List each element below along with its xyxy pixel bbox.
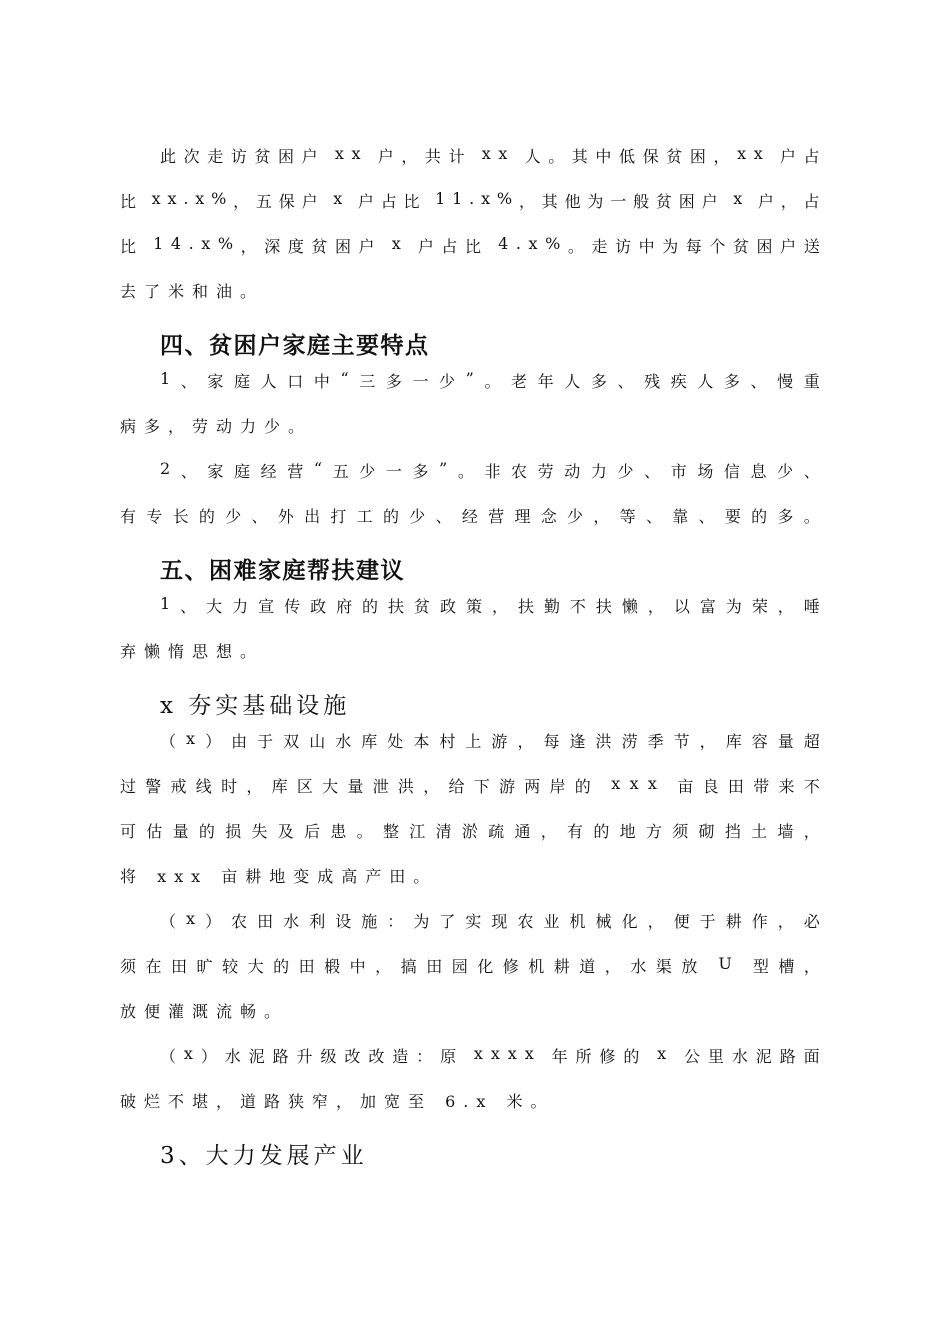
text-line: 放便灌溉流畅。 [120, 999, 820, 1044]
document-page: 此次走访贫困户 xx 户，共计 xx 人。其中低保贫困，xx 户占 比 xx.x… [0, 0, 950, 1344]
text-line: 有专长的少、外出打工的少、经营理念少，等、靠、要的多。 [120, 504, 820, 549]
text-line: 比 xx.x%，五保户 x 户占比 11.x%，其他为一般贫困户 x 户，占 [120, 189, 820, 234]
text-line: 过警戒线时，库区大量泄洪，给下游两岸的 xxx 亩良田带来不 [120, 774, 820, 819]
text-line: 弃懒惰思想。 [120, 639, 820, 684]
text-line: 可估量的损失及后患。整江清淤疏通，有的地方须砌挡土墙， [120, 819, 820, 864]
text-line: 比 14.x%，深度贫困户 x 户占比 4.x%。走访中为每个贫困户送 [120, 234, 820, 279]
text-line: 将 xxx 亩耕地变成高产田。 [120, 864, 820, 909]
text-line: 1、家庭人口中“三多一少”。老年人多、残疾人多、慢重 [160, 369, 820, 414]
text-line: 此次走访贫困户 xx 户，共计 xx 人。其中低保贫困，xx 户占 [160, 144, 820, 189]
paragraph-irrigation: （x）农田水利设施：为了实现农业机械化，便于耕作，必 须在田旷较大的田椴中，搞田… [120, 909, 822, 1044]
paragraph-reservoir: （x）由于双山水库处本村上游，每逢洪涝季节，库容量超 过警戒线时，库区大量泄洪，… [120, 729, 822, 909]
document-body: 此次走访贫困户 xx 户，共计 xx 人。其中低保贫困，xx 户占 比 xx.x… [120, 144, 822, 1179]
subheading-infrastructure: x 夯实基础设施 [120, 684, 822, 729]
paragraph-cement-road: （x）水泥路升级改改造：原 xxxx 年所修的 x 公里水泥路面 破烂不堪，道路… [120, 1044, 822, 1134]
text-line: （x）水泥路升级改改造：原 xxxx 年所修的 x 公里水泥路面 [160, 1044, 820, 1089]
text-line: 须在田旷较大的田椴中，搞田园化修机耕道，水渠放 U 型槽， [120, 954, 820, 999]
text-line: 破烂不堪，道路狭窄，加宽至 6.x 米。 [120, 1089, 820, 1134]
section-heading-household-characteristics: 四、贫困户家庭主要特点 [120, 324, 822, 369]
subheading-develop-industry: 3、大力发展产业 [120, 1134, 822, 1179]
text-line: （x）农田水利设施：为了实现农业机械化，便于耕作，必 [160, 909, 820, 954]
section-heading-assistance-suggestions: 五、困难家庭帮扶建议 [120, 549, 822, 594]
text-line: （x）由于双山水库处本村上游，每逢洪涝季节，库容量超 [160, 729, 820, 774]
paragraph-business-characteristics: 2、家庭经营“五少一多”。非农劳动力少、市场信息少、 有专长的少、外出打工的少、… [120, 459, 822, 549]
text-line: 病多，劳动力少。 [120, 414, 820, 459]
paragraph-visit-summary: 此次走访贫困户 xx 户，共计 xx 人。其中低保贫困，xx 户占 比 xx.x… [120, 144, 822, 324]
text-line: 去了米和油。 [120, 279, 820, 324]
paragraph-promote-policy: 1、大力宣传政府的扶贫政策，扶勤不扶懒，以富为荣，唾 弃懒惰思想。 [120, 594, 822, 684]
paragraph-population-characteristics: 1、家庭人口中“三多一少”。老年人多、残疾人多、慢重 病多，劳动力少。 [120, 369, 822, 459]
text-line: 2、家庭经营“五少一多”。非农劳动力少、市场信息少、 [160, 459, 820, 504]
text-line: 1、大力宣传政府的扶贫政策，扶勤不扶懒，以富为荣，唾 [160, 594, 820, 639]
